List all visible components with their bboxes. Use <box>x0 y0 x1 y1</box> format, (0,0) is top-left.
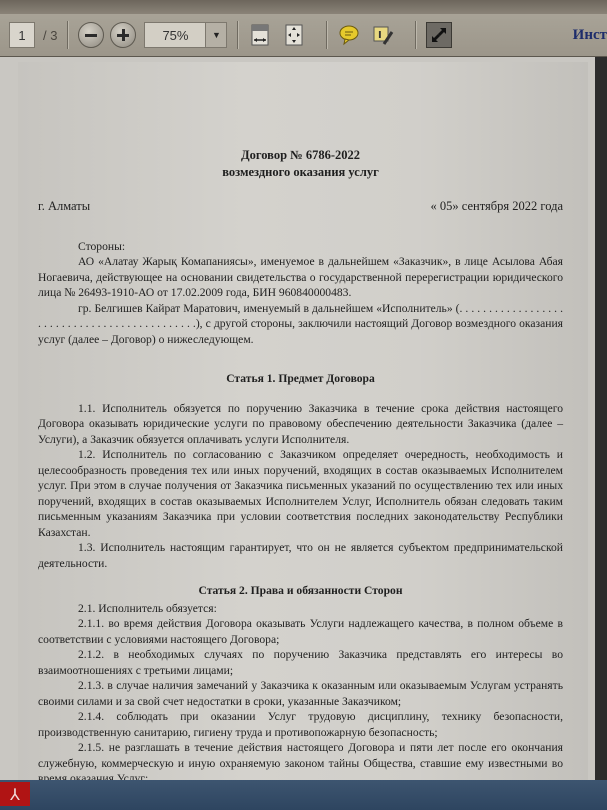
fit-width-icon <box>251 24 269 46</box>
highlight-text-button[interactable]: I <box>371 23 395 47</box>
city: г. Алматы <box>38 199 90 215</box>
pdf-page: Договор № 6786-2022 возмездного оказания… <box>18 62 588 780</box>
page-number-input[interactable]: 1 <box>9 22 35 48</box>
clause-2-1-3: 2.1.3. в случае наличия замечаний у Зака… <box>38 678 563 709</box>
fit-page-icon <box>285 24 303 46</box>
article-1-heading: Статья 1. Предмет Договора <box>38 371 563 387</box>
clause-1-1: 1.1. Исполнитель обязуется по поручению … <box>38 401 563 448</box>
contract-text: Договор № 6786-2022 возмездного оказания… <box>38 147 563 780</box>
clause-2-1-1: 2.1.1. во время действия Договора оказыв… <box>38 616 563 647</box>
toolbar-separator <box>237 21 238 49</box>
comment-button[interactable] <box>337 23 361 47</box>
clause-2-1-5: 2.1.5. не разглашать в течение действия … <box>38 740 563 780</box>
clause-2-1-2: 2.1.2. в необходимых случаях по поручени… <box>38 647 563 678</box>
parties-label: Стороны: <box>38 239 563 255</box>
minus-icon <box>85 34 97 37</box>
full-screen-button[interactable] <box>426 22 452 48</box>
document-viewport[interactable]: Договор № 6786-2022 возмездного оказания… <box>0 57 607 780</box>
window-edge <box>595 57 607 780</box>
plus-icon-vertical <box>122 29 125 41</box>
contract-date: « 05» сентября 2022 года <box>431 199 563 215</box>
text-edit-pencil-icon: I <box>372 24 394 46</box>
clause-1-2: 1.2. Исполнитель по согласованию с Заказ… <box>38 447 563 540</box>
article-2-heading: Статья 2. Права и обязанности Сторон <box>38 583 563 599</box>
contract-title: Договор № 6786-2022 <box>38 147 563 164</box>
tools-menu[interactable]: Инст <box>573 14 607 56</box>
clause-1-3: 1.3. Исполнитель настоящим гарантирует, … <box>38 540 563 571</box>
toolbar-separator <box>326 21 327 49</box>
clause-2-1-4: 2.1.4. соблюдать при оказании Услуг труд… <box>38 709 563 740</box>
toolbar-separator <box>415 21 416 49</box>
clause-2-1: 2.1. Исполнитель обязуется: <box>38 601 563 617</box>
zoom-dropdown-button[interactable]: ▼ <box>206 22 227 48</box>
taskbar <box>0 780 607 810</box>
party-contractor: гр. Белгишев Кайрат Маратович, именуемый… <box>38 301 563 348</box>
svg-text:I: I <box>378 30 382 41</box>
zoom-level-input[interactable]: 75% <box>144 22 206 48</box>
pdf-toolbar: 1 / 3 75% ▼ I <box>0 14 607 57</box>
fit-width-button[interactable] <box>248 23 272 47</box>
adobe-reader-icon: ⅄ <box>10 785 20 804</box>
zoom-out-button[interactable] <box>78 22 104 48</box>
zoom-in-button[interactable] <box>110 22 136 48</box>
speech-bubble-icon <box>338 24 360 46</box>
toolbar-separator <box>67 21 68 49</box>
window-top-strip <box>0 0 607 14</box>
chevron-down-icon: ▼ <box>212 30 221 40</box>
adobe-reader-taskbar-button[interactable]: ⅄ <box>0 782 30 806</box>
fit-page-button[interactable] <box>282 23 306 47</box>
contract-subtitle: возмездного оказания услуг <box>38 164 563 181</box>
party-customer: АО «Алатау Жарық Комапаниясы», именуемое… <box>38 254 563 301</box>
expand-arrows-icon <box>429 25 449 45</box>
page-total: / 3 <box>43 28 57 43</box>
